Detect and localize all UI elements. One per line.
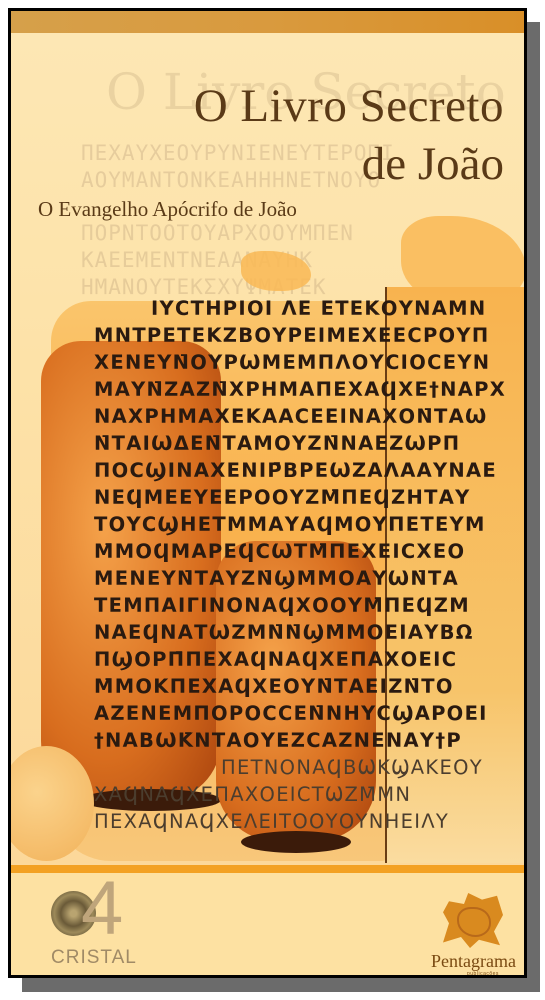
top-band — [11, 11, 524, 33]
rose-petal-lines — [457, 907, 491, 937]
manuscript-line: Μ̄ΜΟΚΠΕΧΑϤΧΕΟΥΝ̄ΤΑΕΙΖΝ̄ΤΟ — [94, 675, 454, 698]
book-title-line-2: de João — [362, 141, 504, 188]
manuscript-line: ΠϢΟΡΠ̄ΠΕΧΑϤΝΑϤΧΕΠΑΧΟΕΙC — [94, 648, 457, 671]
manuscript-line: ΝΑΧΡΗΜΑΧΕΚΑΑCΕΕΙΝΑΧΟΝ̄ΤΑѠ — [94, 405, 488, 428]
manuscript-line: ΠΕΤΝΟΝΑϤΒѠΚϢΑΚΕΟΥ — [221, 756, 483, 779]
ghost-manuscript-line: ΠΟΡΝΤΟΟΤΟΥΑΡΧΟΟΥΜΠΕΝ — [81, 221, 354, 245]
manuscript-line: ΝΕϤΜΕΕΥΕΕΡΟΟΥΖΜ̄ΠΕϤΖΗΤΑΥ — [94, 486, 471, 509]
manuscript-line: Μ̄ΜΟϤΜΑΡΕϤCѠΤΜ̄ΠΕΧΕΙCΧΕΟ — [94, 540, 465, 563]
pentagrama-label: Pentagrama — [431, 951, 516, 972]
manuscript-line: ΜΝΤΡΕΤΕΚΖΒΟΥΡΕΙΜΕΧΕΕCΡΟΥΠ — [94, 324, 489, 347]
manuscript-line: ΜΕΝΕΥΝ̄ΤΑΥΖΝ̄ϢΜ̄ΜΟΑΥѠΝ̄ΤΑ — [94, 567, 459, 590]
manuscript-line: ΠΕΧΑϤΝΑϤΧΕΛΕΙΤΟΟΥΟΥΝΗΕΙΛΥ — [94, 810, 449, 833]
manuscript-line: ΝΑΕϤΝΑΤѠΖΜΝ̄Ν̄ϢΜ̄ΜΟΕΙΑΥΒΩ — [94, 621, 474, 644]
ghost-manuscript-line: ΑΟΥΜΑΝΤΟΝΚΕΑΗΗΗΝΕΤΝΟΥΟ — [81, 168, 381, 192]
manuscript-line: ΑΖΕΝΕΜΠΟΡΟCCΕΝ̄ΝΗΥCϢΑΡΟΕΙ — [94, 702, 488, 725]
manuscript-line: ΧΕΝΕΥΝ̄ΟΥΡѠΜΕΜΠΛΟΥCΙΟCΕΥΝ — [94, 351, 490, 374]
cristal-4-logo: 4 CRISTAL — [45, 885, 137, 977]
pentagrama-tagline: publicações — [467, 971, 499, 977]
manuscript-line: ΙΥCΤΗΡΙΟΙ ΛΕ ΕΤΕΚΟΥΝΑΜΝ — [151, 297, 486, 320]
manuscript-line: ΤΕΜΠΑΙΓΙΝΟΝΑϤΧΟΟΥΜ̄ΠΕϤΖΜ — [94, 594, 470, 617]
book-title-line-1: O Livro Secreto — [194, 83, 504, 130]
manuscript-line: †ΝΑΒѠΚ̄ΝΤΑΟΥΕΖCΑΖΝΕΝΑΥ†Ρ — [94, 729, 462, 752]
book-cover: O Livro Secreto ΠΕΧΑΥΧΕΟΥΡΥΝΙΕΝΕΥΤΕΡΟΠΙ … — [8, 8, 527, 978]
ghost-manuscript-line: ΠΕΧΑΥΧΕΟΥΡΥΝΙΕΝΕΥΤΕΡΟΠΙ — [81, 141, 395, 165]
manuscript-line: ΧΑϤΝΑϤΧΕΠΑΧΟΕΙCΤѠΖΜ̄ΜΝ — [94, 783, 411, 806]
cristal-number: 4 — [81, 871, 123, 947]
jar-shadow — [241, 831, 351, 853]
cristal-label: CRISTAL — [51, 947, 137, 969]
manuscript-line: ΜΑΥΝ̄ΖΑΖΝ̄ΧΡΗΜΑΠΕΧΑϤΧΕ†ΝΑΡΧ — [94, 378, 506, 401]
pentagrama-logo: Pentagrama publicações — [429, 891, 525, 978]
manuscript-line: ΠΟCϢΙΝΑΧΕΝΙΡ̄ΒΡΕѠΖΑΛΑΑΥΝΑΕ — [94, 459, 497, 482]
manuscript-line: Ν̄ΤΑΙѠΔΕΝ̄ΤΑΜΟΥΖΝ̄ΝΑΕΖѠΡΠ — [94, 432, 460, 455]
book-subtitle: O Evangelho Apócrifo de João — [38, 197, 297, 222]
manuscript-line: ΤΟΥCϢΗΕΤΜΜΑΥΑϤΜΟΥΠΕΤΕΥΜ — [94, 513, 486, 536]
